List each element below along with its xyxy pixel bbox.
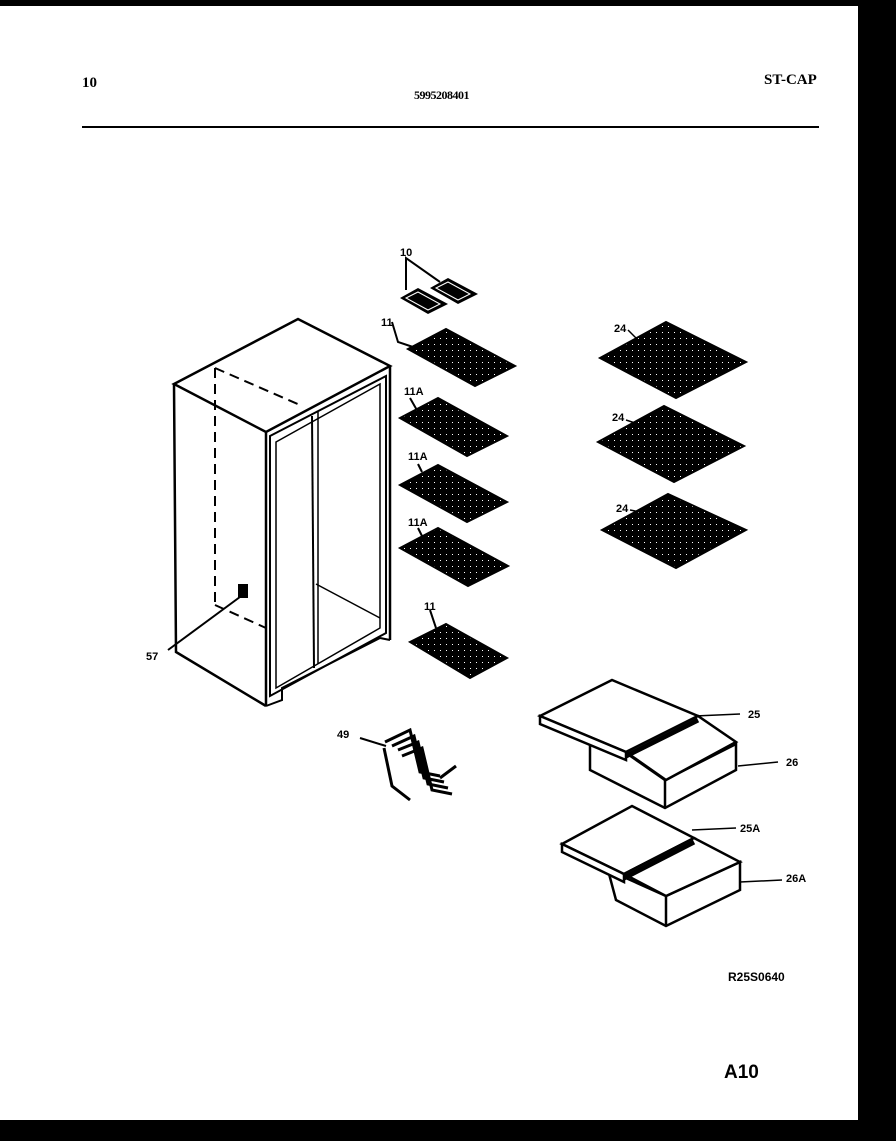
label-25: 25	[748, 709, 760, 721]
label-26a: 26A	[786, 873, 806, 885]
label-11a-1: 11A	[404, 386, 424, 398]
fresh-food-shelves	[598, 322, 746, 568]
label-24-1: 24	[614, 323, 627, 335]
leader-57	[168, 594, 244, 650]
freezer-shelves	[400, 329, 515, 678]
crisper-lower	[562, 806, 740, 926]
cabinet	[174, 319, 390, 706]
label-24-2: 24	[612, 412, 625, 424]
label-11-bottom: 11	[424, 601, 436, 613]
page-code: A10	[724, 1062, 759, 1084]
label-10: 10	[400, 247, 412, 259]
label-24-3: 24	[616, 503, 629, 515]
crisper-upper	[540, 680, 736, 808]
label-49: 49	[337, 729, 349, 741]
label-25a: 25A	[740, 823, 760, 835]
label-11a-3: 11A	[408, 517, 428, 529]
label-26: 26	[786, 757, 798, 769]
wire-rack	[384, 730, 456, 800]
shelf-support-clips	[400, 258, 478, 314]
label-57: 57	[146, 651, 158, 663]
label-11a-2: 11A	[408, 451, 428, 463]
label-11-top: 11	[381, 317, 393, 329]
reference-code: R25S0640	[728, 970, 785, 984]
